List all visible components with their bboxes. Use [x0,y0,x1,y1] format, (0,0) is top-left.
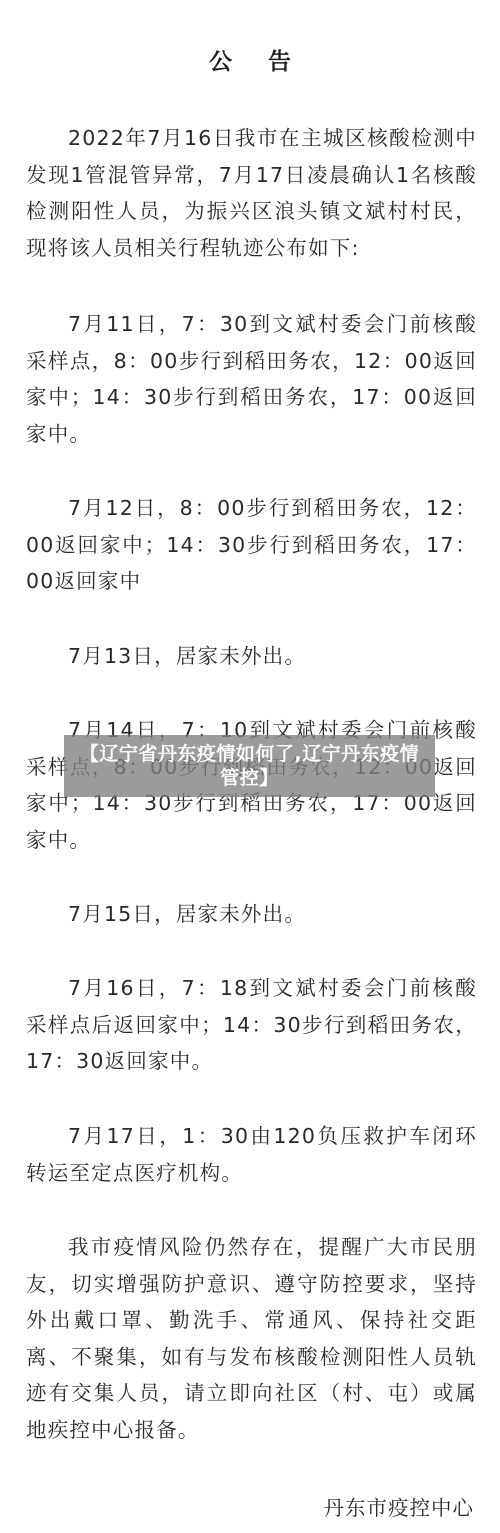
itinerary-jul15: 7月15日，居家未外出。 [26,896,477,933]
caption-overlay-text: 【辽宁省丹东疫情如何了,辽宁丹东疫情管控】 [72,742,427,790]
caption-overlay-banner: 【辽宁省丹东疫情如何了,辽宁丹东疫情管控】 [64,735,435,797]
itinerary-jul13: 7月13日，居家未外出。 [26,638,477,675]
itinerary-jul16: 7月16日，7：18到文斌村委会门前核酸采样点后返回家中；14：30步行到稻田务… [26,970,477,1080]
itinerary-jul11: 7月11日，7：30到文斌村委会门前核酸采样点，8：00步行到稻田务农，12：0… [26,306,477,452]
intro-paragraph: 2022年7月16日我市在主城区核酸检测中发现1管混管异常，7月17日凌晨确认1… [26,120,477,266]
itinerary-jul17: 7月17日，1：30由120负压救护车闭环转运至定点医疗机构。 [26,1118,477,1191]
public-advisory-paragraph: 我市疫情风险仍然存在，提醒广大市民朋友，切实增强防护意识、遵守防控要求，坚持外出… [26,1229,477,1448]
issuer-signature: 丹东市疫控中心 [324,1490,475,1526]
announcement-title: 公 告 [0,44,500,80]
itinerary-jul12: 7月12日，8：00步行到稻田务农，12：00返回家中；14：30步行到稻田务农… [26,490,477,600]
